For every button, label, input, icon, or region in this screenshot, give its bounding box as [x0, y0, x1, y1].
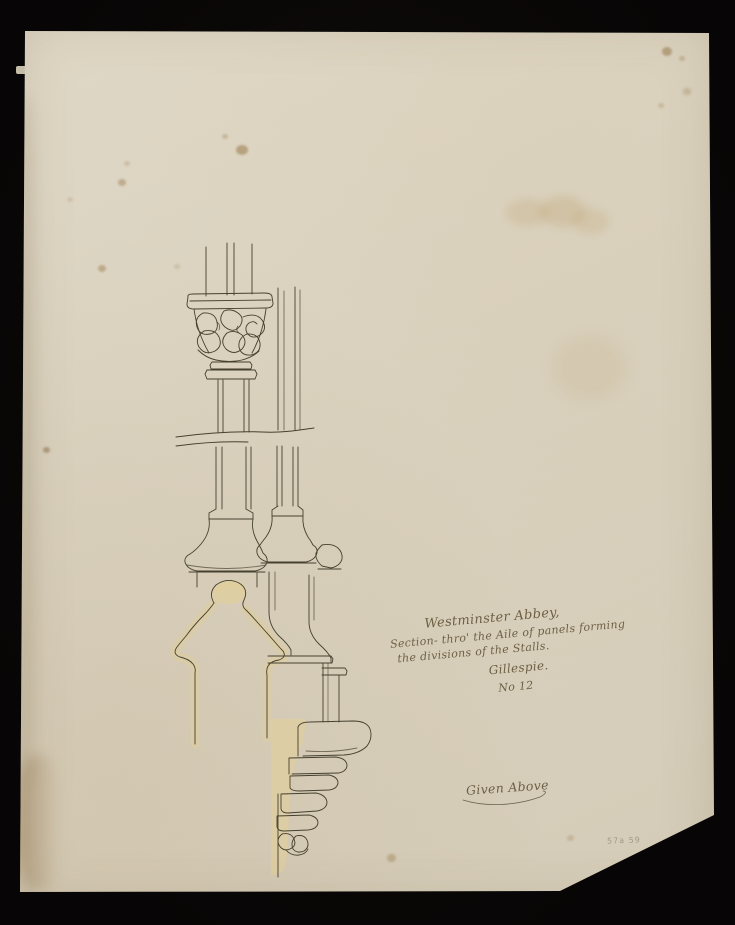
lower-shaft-lines: [216, 446, 298, 509]
upper-shaft-lines: [206, 243, 300, 430]
necking-rings: [205, 362, 257, 379]
column-base-left: [185, 509, 267, 587]
abacus: [187, 293, 273, 309]
pencil-number: 57a 59: [607, 835, 641, 845]
break-lines: [176, 428, 314, 446]
column-bases-right: [257, 506, 342, 569]
architectural-drawing: [0, 0, 735, 925]
foliate-capital: [194, 309, 266, 362]
paper-sheet: Westminster Abbey, Section- thro' the Ai…: [0, 0, 735, 925]
paper-edge-tab: [16, 66, 26, 74]
shaft-lines: [218, 380, 249, 432]
